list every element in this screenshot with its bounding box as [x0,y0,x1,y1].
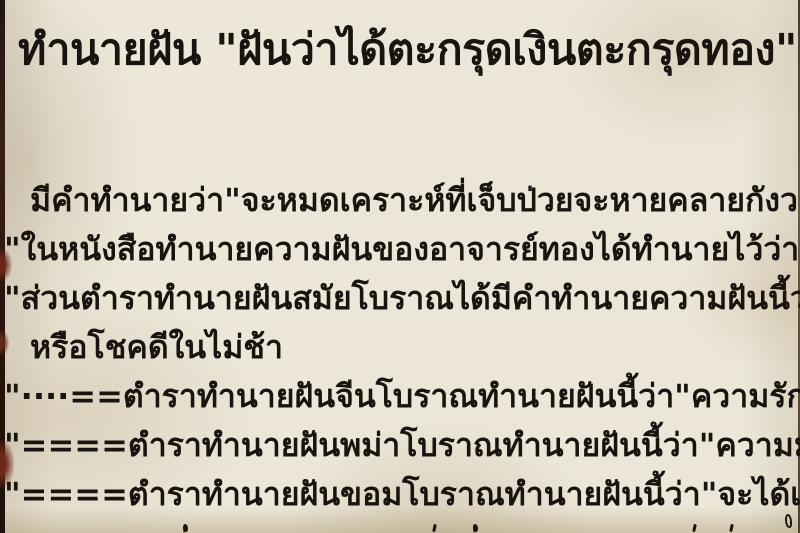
body-text: มีคำทำนายว่า"จะหมดเคราะห์ที่เจ็บป่วยจะหา… [0,176,800,519]
text-line: หรือโชคดีในไม่ช้า [0,323,800,372]
text-line: "====ตำราทำนายฝันขอมโบราณทำนายฝันนี้ว่า"… [0,470,800,519]
text-line: "ส่วนตำราทำนายฝันสมัยโบราณได้มีคำทำนายคว… [0,274,800,323]
text-line: "ในหนังสือทำนายความฝันของอาจารย์ทองได้ทำ… [0,225,800,274]
partial-glyph-mark [472,524,478,533]
page-title: ทำนายฝัน "ฝันว่าได้ตะกรุดเงินตะกรุดทอง" [18,20,800,80]
dream-interpretation-page: ทำนายฝัน "ฝันว่าได้ตะกรุดเงินตะกรุดทอง" … [0,0,800,533]
partial-glyph-mark [692,524,697,532]
partial-glyph-mark [432,524,437,532]
partial-glyph-mark [182,524,188,533]
text-line: "····==ตำราทำนายฝันจีนโบราณทำนายฝันนี้ว่… [0,372,800,421]
text-line: มีคำทำนายว่า"จะหมดเคราะห์ที่เจ็บป่วยจะหา… [0,176,800,225]
text-line: "====ตำราทำนายฝันพม่าโบราณทำนายฝันนี้ว่า… [0,421,800,470]
partial-glyph-mark [729,524,734,532]
